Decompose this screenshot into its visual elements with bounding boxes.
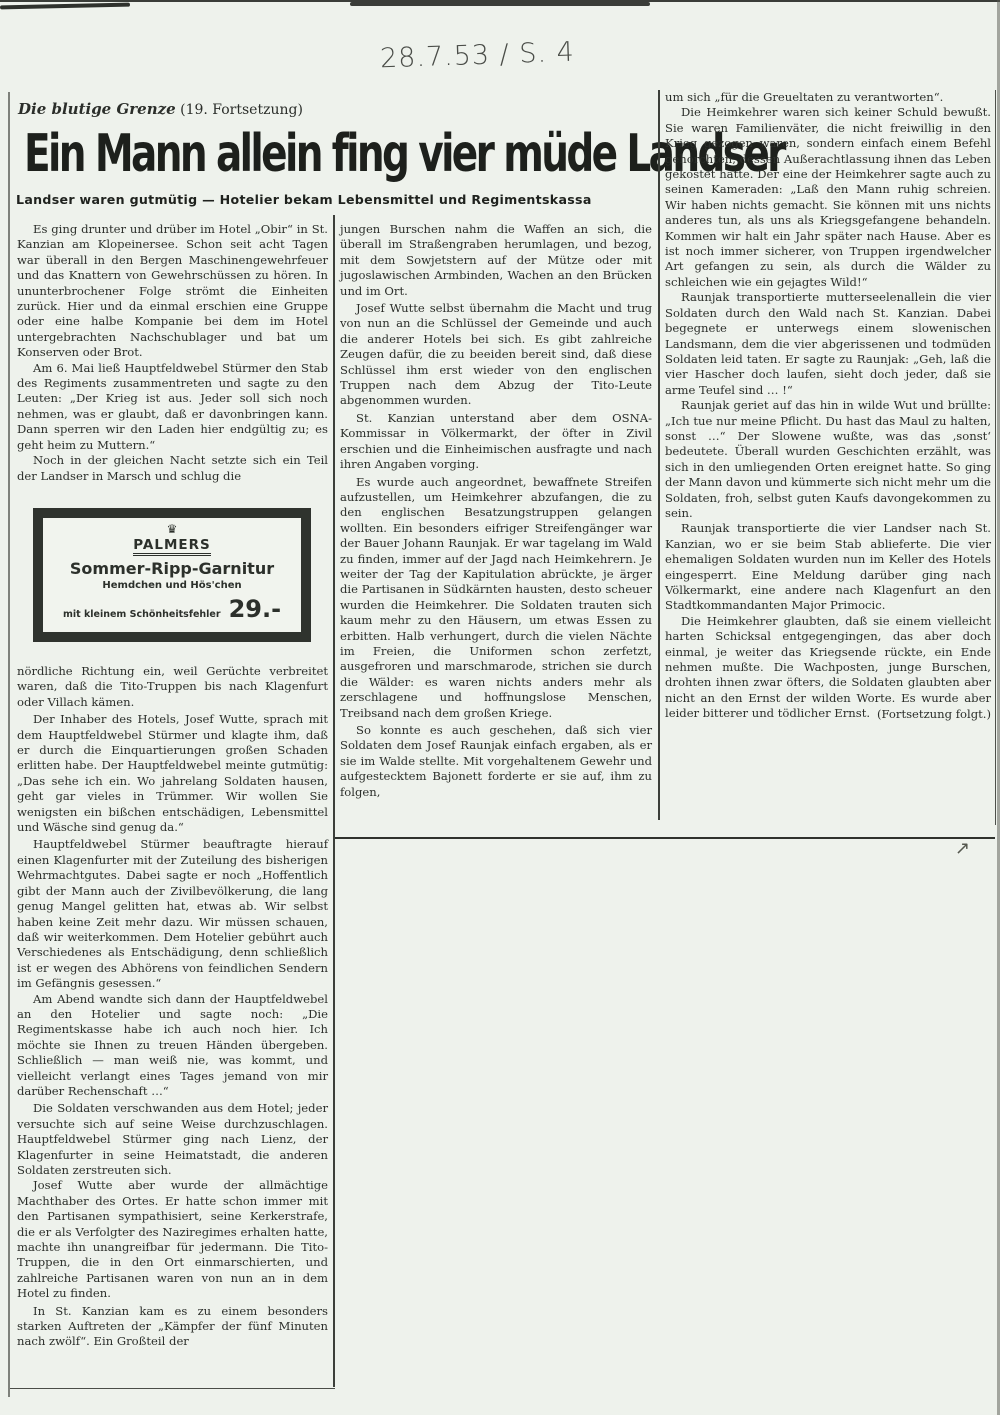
column-end-rule: [10, 1388, 335, 1389]
paragraph: Der Inhaber des Hotels, Josef Wutte, spr…: [17, 712, 328, 835]
paragraph: St. Kanzian unterstand aber dem OSNA-Kom…: [340, 411, 652, 473]
paragraph: nördliche Richtung ein, weil Gerüchte ve…: [17, 664, 328, 710]
paragraph: Noch in der gleichen Nacht setzte sich e…: [17, 453, 328, 484]
paragraph: Die Soldaten verschwanden aus dem Hotel;…: [17, 1101, 328, 1178]
paragraph: jungen Burschen nahm die Waffen an sich,…: [340, 222, 652, 299]
subheadline: Landser waren gutmütig — Hotelier bekam …: [16, 192, 656, 207]
paragraph: Josef Wutte aber wurde der allmächtige M…: [17, 1178, 328, 1301]
clipping-left-edge: [8, 92, 10, 1397]
show-through-texture: [590, 1170, 990, 1250]
ad-note: mit kleinem Schönheitsfehler: [63, 609, 221, 620]
paragraph: Es wurde auch angeordnet, bewaffnete Str…: [340, 475, 652, 722]
paragraph: Raunjak transportierte die vier Landser …: [665, 521, 991, 613]
clipping-right-edge: [995, 90, 996, 825]
headline: Ein Mann allein fing vier müde Landser: [24, 124, 493, 184]
paragraph: Am 6. Mai ließ Hauptfeldwebel Stürmer de…: [17, 361, 328, 453]
paragraph: So konnte es auch geschehen, daß sich vi…: [340, 723, 652, 800]
column-divider: [658, 90, 660, 820]
crown-icon: ♛: [43, 524, 301, 534]
paragraph: Am Abend wandte sich dann der Hauptfeldw…: [17, 992, 328, 1100]
margin-check-mark-icon: ↗: [955, 838, 970, 859]
series-title: Die blutige Grenze: [18, 100, 176, 118]
article-kicker: Die blutige Grenze (19. Fortsetzung): [18, 100, 303, 118]
paragraph: Raunjak geriet auf das hin in wilde Wut …: [665, 398, 991, 521]
paragraph: Es ging drunter und drüber im Hotel „Obi…: [17, 222, 328, 361]
scan-smudge: [350, 2, 650, 6]
ad-priceline: mit kleinem Schönheitsfehler 29.-: [43, 595, 301, 623]
paragraph: Josef Wutte selbst übernahm die Macht un…: [340, 301, 652, 409]
column-divider: [333, 215, 335, 1387]
ad-subline: Hemdchen und Hös'chen: [43, 580, 301, 591]
ad-price: 29.-: [229, 595, 281, 623]
article-column-1-top: Es ging drunter und drüber im Hotel „Obi…: [17, 222, 328, 484]
paragraph: In St. Kanzian kam es zu einem besonders…: [17, 1304, 328, 1350]
article-column-3: um sich „für die Greueltaten zu verantwo…: [665, 90, 991, 722]
paragraph: Die Heimkehrer glaubten, daß sie einem v…: [665, 614, 991, 722]
paragraph: Hauptfeldwebel Stürmer beauftragte hiera…: [17, 837, 328, 991]
installment-label: (19. Fortsetzung): [180, 102, 303, 118]
paragraph: um sich „für die Greueltaten zu verantwo…: [665, 90, 991, 105]
paragraph: Die Heimkehrer waren sich keiner Schuld …: [665, 105, 991, 290]
ad-brand: PALMERS: [133, 538, 210, 556]
palmers-advertisement: ♛ PALMERS Sommer-Ripp-Garnitur Hemdchen …: [33, 508, 311, 642]
article-column-1-bottom: nördliche Richtung ein, weil Gerüchte ve…: [17, 664, 328, 1350]
article-end-rule: [335, 837, 995, 839]
article-column-2: jungen Burschen nahm die Waffen an sich,…: [340, 222, 652, 800]
ad-product: Sommer-Ripp-Garnitur: [43, 559, 301, 578]
handwritten-date-annotation: 28.7.53 / S. 4: [380, 37, 576, 75]
paragraph: Raunjak transportierte mutterseelenallei…: [665, 290, 991, 398]
